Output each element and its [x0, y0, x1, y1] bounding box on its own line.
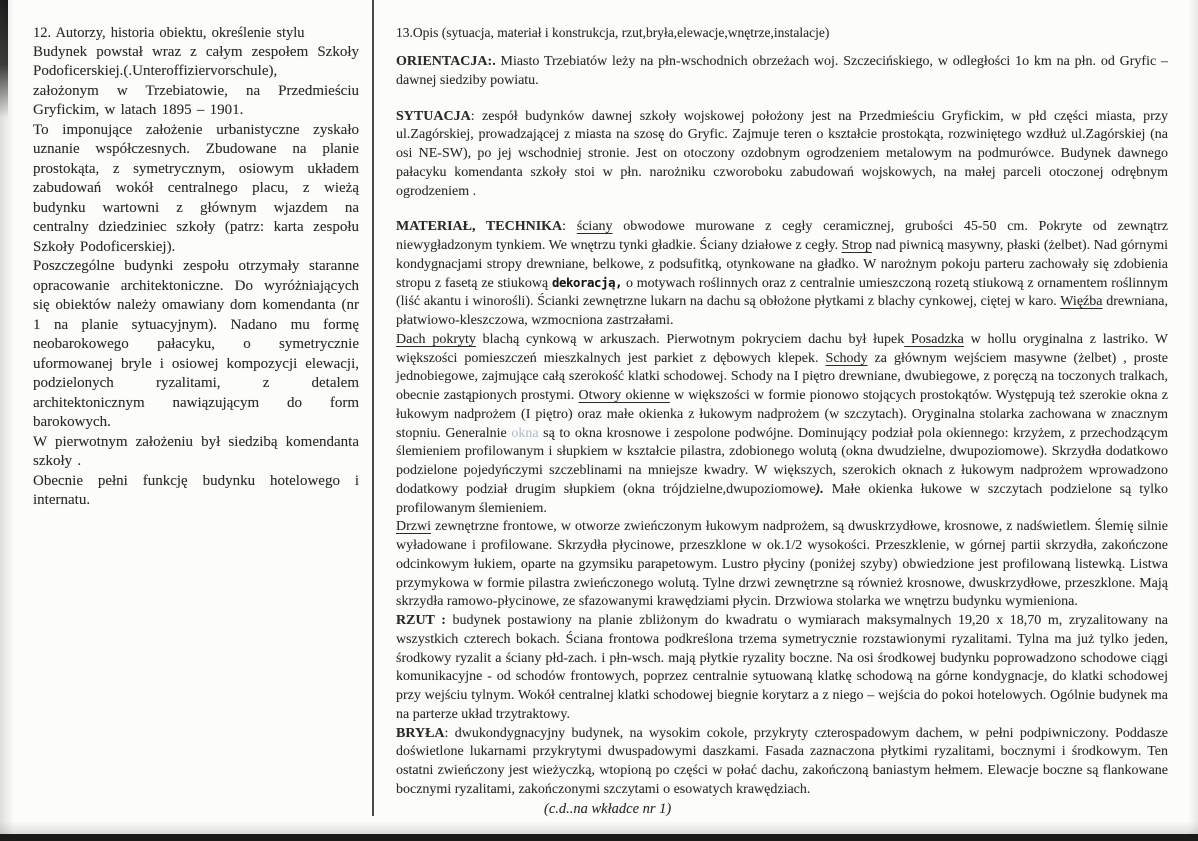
scan-edge-left-shadow	[0, 0, 14, 841]
bryla-paragraph: BRYŁA: dwukondygnacyjny budynek, na wyso…	[396, 725, 1168, 800]
right-column-section-13: 13.Opis (sytuacja, materiał i konstrukcj…	[396, 24, 1168, 819]
drzwi-paragraph: Drzwi zewnętrzne frontowe, w otworze zwi…	[396, 518, 1168, 612]
text-run: BRYŁA	[396, 726, 445, 741]
section-13-body: ORIENTACJA:. Miasto Trzebiatów leży na p…	[396, 53, 1168, 800]
text-run: RZUT :	[396, 613, 446, 628]
material-paragraph: MATERIAŁ, TECHNIKA: ściany obwodowe muro…	[396, 218, 1168, 331]
paragraph: Budynek powstał wraz z całym zespołem Sz…	[33, 43, 359, 82]
text-run: Schody	[826, 351, 868, 366]
text-run: MATERIAŁ, TECHNIKA	[396, 219, 562, 234]
column-divider-line	[372, 0, 374, 816]
left-column-section-12: 12. Autorzy, historia obiektu, określeni…	[33, 24, 359, 511]
scan-shadow-bottom	[0, 821, 1198, 835]
paragraph: W pierwotnym założeniu był siedzibą kome…	[33, 433, 359, 472]
dach-paragraph: Dach pokryty blachą cynkową w arkuszach.…	[396, 331, 1168, 519]
text-run: : dwukondygnacyjny budynek, na wysokim c…	[396, 726, 1168, 797]
scan-edge-right-shadow	[1188, 0, 1198, 841]
sytuacja-paragraph: SYTUACJA: zespół budynków dawnej szkoły …	[396, 108, 1168, 202]
text-run: :	[562, 219, 577, 234]
section-13-heading: 13.Opis (sytuacja, materiał i konstrukcj…	[396, 24, 1168, 42]
text-run: ORIENTACJA:.	[396, 54, 496, 69]
text-run: budynek postawiony na planie zbliżonym d…	[396, 613, 1168, 722]
erased-word: okna	[511, 426, 538, 441]
section-12-heading: 12. Autorzy, historia obiektu, określeni…	[33, 24, 359, 43]
section-12-body: Budynek powstał wraz z całym zespołem Sz…	[33, 43, 359, 511]
text-run: Więźba	[1060, 294, 1102, 309]
orientacja-paragraph: ORIENTACJA:. Miasto Trzebiatów leży na p…	[396, 53, 1168, 91]
text-run: SYTUACJA	[396, 109, 471, 124]
text-run: blachą cynkową w arkuszach. Pierwotnym p…	[476, 332, 904, 347]
text-run: : zespół budynków dawnej szkoły wojskowe…	[396, 109, 1168, 199]
text-run: Drzwi	[396, 519, 431, 534]
paragraph: To imponujące założenie urbanistyczne zy…	[33, 121, 359, 258]
scan-edge-bottom	[0, 834, 1198, 841]
text-run: Dach pokryty	[396, 332, 476, 347]
rzut-paragraph: RZUT : budynek postawiony na planie zbli…	[396, 612, 1168, 725]
text-run: zewnętrzne frontowe, w otworze zwieńczon…	[396, 519, 1168, 609]
text-run: ściany	[577, 219, 613, 234]
text-run: Otwory okienne	[579, 388, 670, 403]
paragraph: Obecnie pełni funkcję budynku hotelowego…	[33, 472, 359, 511]
text-run: Miasto Trzebiatów leży na płn-wschodnich…	[396, 54, 1168, 88]
scanned-document-page: 12. Autorzy, historia obiektu, określeni…	[0, 0, 1198, 841]
text-run: ).	[816, 482, 824, 497]
text-run: dekoracją,	[552, 276, 622, 290]
continuation-note: (c.d..na wkładce nr 1)	[396, 800, 1168, 819]
text-run: Strop	[842, 238, 872, 253]
paragraph: Poszczególne budynki zespołu otrzymały s…	[33, 257, 359, 433]
paragraph: założonym w Trzebiatowie, na Przedmieści…	[33, 82, 359, 121]
text-run: Posadzka	[904, 332, 964, 347]
